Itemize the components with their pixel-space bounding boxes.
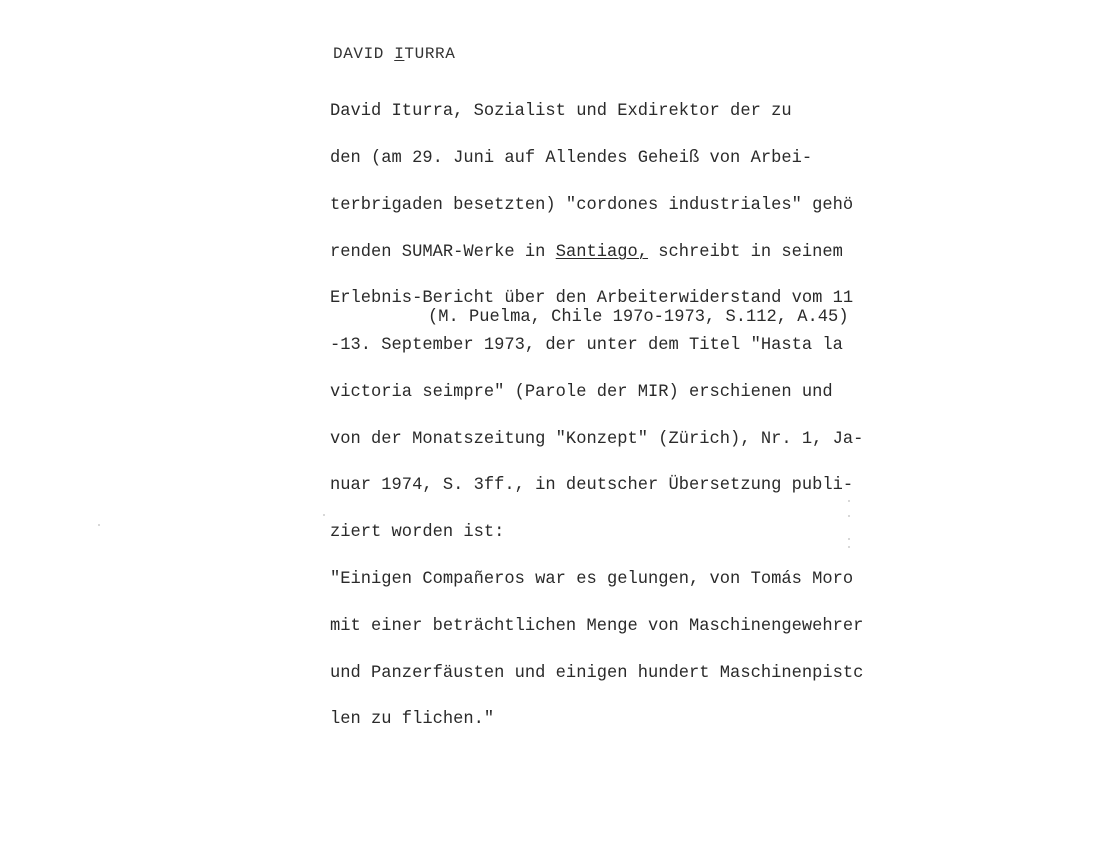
source-citation: (M. Puelma, Chile 197o-1973, S.112, A.45… bbox=[428, 310, 849, 326]
quote-line: len zu flichen." bbox=[330, 712, 863, 728]
body-line: David Iturra, Sozialist und Exdirektor d… bbox=[330, 104, 863, 120]
body-line: ziert worden ist: bbox=[330, 525, 863, 541]
heading-underlined-initial: I bbox=[394, 45, 404, 63]
body-line: victoria seimpre" (Parole der MIR) ersch… bbox=[330, 385, 863, 401]
scan-speck bbox=[323, 514, 325, 516]
body-line-start: renden SUMAR-Werke in bbox=[330, 243, 556, 262]
heading-rest: TURRA bbox=[404, 45, 455, 63]
body-line: terbrigaden besetzten) "cordones industr… bbox=[330, 198, 863, 214]
quote-line: "Einigen Compañeros war es gelungen, von… bbox=[330, 572, 863, 588]
body-line: nuar 1974, S. 3ff., in deutscher Überset… bbox=[330, 478, 863, 494]
body-line-end: schreibt in seinem bbox=[648, 243, 843, 262]
quote-line: und Panzerfäusten und einigen hundert Ma… bbox=[330, 666, 863, 682]
body-line: Erlebnis-Bericht über den Arbeiterwiders… bbox=[330, 291, 863, 307]
document-heading: DAVID ITURRA bbox=[333, 45, 455, 63]
body-line: von der Monatszeitung "Konzept" (Zürich)… bbox=[330, 432, 863, 448]
scan-speck bbox=[98, 524, 100, 526]
body-line: -13. September 1973, der unter dem Titel… bbox=[330, 338, 863, 354]
body-line: den (am 29. Juni auf Allendes Geheiß von… bbox=[330, 151, 863, 167]
heading-first: DAVID bbox=[333, 45, 394, 63]
scanned-page: DAVID ITURRA David Iturra, Sozialist und… bbox=[0, 0, 1100, 850]
document-body: David Iturra, Sozialist und Exdirektor d… bbox=[330, 73, 863, 759]
scan-speck bbox=[848, 515, 850, 517]
body-line: renden SUMAR-Werke in Santiago, schreibt… bbox=[330, 245, 863, 261]
scan-speck bbox=[848, 538, 850, 540]
underlined-place-name: Santiago, bbox=[556, 243, 648, 262]
scan-speck bbox=[848, 546, 850, 548]
scan-speck bbox=[848, 500, 850, 502]
quote-line: mit einer beträchtlichen Menge von Masch… bbox=[330, 619, 863, 635]
